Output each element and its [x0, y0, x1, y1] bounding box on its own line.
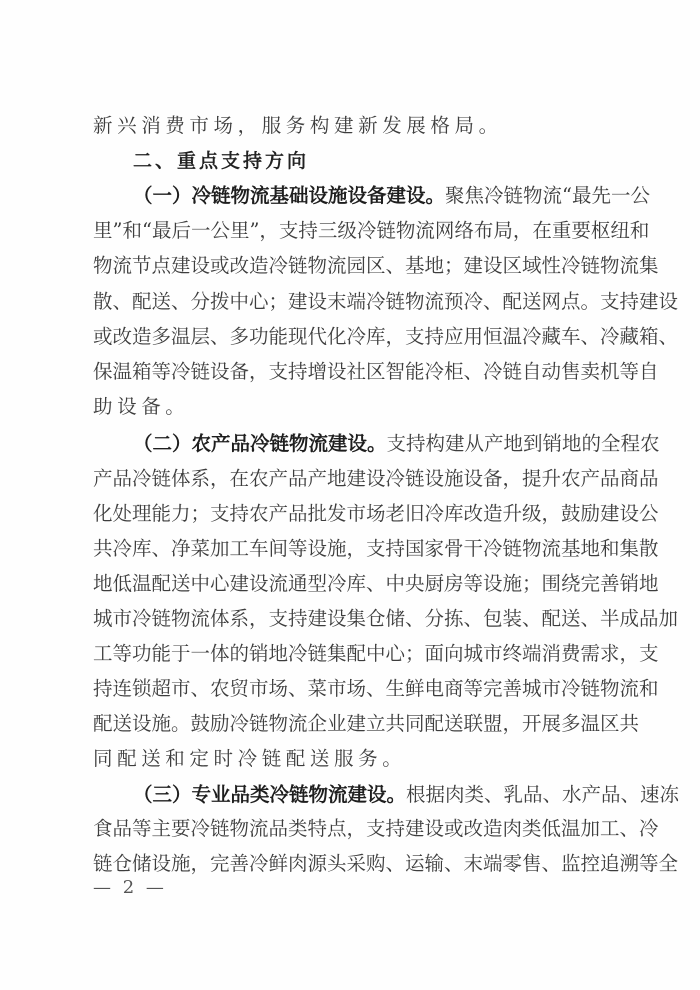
paragraph-text: 聚焦冷链物流“最先一公 [445, 184, 650, 207]
paragraph-line: 链仓储设施，完善冷鲜肉源头采购、运输、末端零售、监控追溯等全 [93, 849, 608, 879]
paragraph-line: 食品等主要冷链物流品类特点，支持建设或改造肉类低温加工、冷 [93, 814, 608, 844]
paragraph-line: （三）专业品类冷链物流建设。根据肉类、乳品、水产品、速冻 [133, 780, 608, 810]
paragraph-line: 持连锁超市、农贸市场、菜市场、生鲜电商等完善城市冷链物流和 [93, 674, 608, 704]
subsection-title: （二）农产品冷链物流建设。 [133, 432, 387, 455]
paragraph-line: 化处理能力；支持农产品批发市场老旧冷库改造升级，鼓励建设公 [93, 499, 608, 529]
section-heading: 二、重点支持方向 [133, 146, 608, 176]
paragraph-line: 保温箱等冷链设备，支持增设社区智能冷柜、冷链自动售卖机等自 [93, 357, 608, 387]
paragraph-line: 里”和“最后一公里”，支持三级冷链物流网络布局，在重要枢纽和 [93, 216, 608, 246]
subsection-title: （一）冷链物流基础设施设备建设。 [133, 184, 445, 207]
paragraph-line: 物流节点建设或改造冷链物流园区、基地；建设区域性冷链物流集 [93, 251, 608, 281]
paragraph-line: （一）冷链物流基础设施设备建设。聚焦冷链物流“最先一公 [133, 181, 608, 211]
paragraph-line: 地低温配送中心建设流通型冷库、中央厨房等设施；围绕完善销地 [93, 569, 608, 599]
paragraph-line: 新兴消费市场，服务构建新发展格局。 [93, 111, 608, 141]
paragraph-line: 工等功能于一体的销地冷链集配中心；面向城市终端消费需求，支 [93, 639, 608, 669]
paragraph-text: 支持构建从产地到销地的全程农 [387, 432, 660, 455]
paragraph-line: （二）农产品冷链物流建设。支持构建从产地到销地的全程农 [133, 429, 608, 459]
paragraph-line: 同配送和定时冷链配送服务。 [93, 744, 608, 774]
paragraph-line: 助设备。 [93, 392, 608, 422]
paragraph-line: 产品冷链体系，在农产品产地建设冷链设施设备，提升农产品商品 [93, 464, 608, 494]
paragraph-line: 配送设施。鼓励冷链物流企业建立共同配送联盟，开展多温区共 [93, 709, 608, 739]
page-number: — 2 — [93, 877, 167, 899]
document-page: 新兴消费市场，服务构建新发展格局。 二、重点支持方向 （一）冷链物流基础设施设备… [0, 0, 700, 990]
paragraph-line: 或改造多温层、多功能现代化冷库，支持应用恒温冷藏车、冷藏箱、 [93, 322, 608, 352]
paragraph-line: 散、配送、分拨中心；建设末端冷链物流预冷、配送网点。支持建设 [93, 287, 608, 317]
paragraph-line: 城市冷链物流体系，支持建设集仓储、分拣、包装、配送、半成品加 [93, 604, 608, 634]
subsection-title: （三）专业品类冷链物流建设。 [133, 783, 406, 806]
paragraph-text: 根据肉类、乳品、水产品、速冻 [406, 783, 679, 806]
paragraph-line: 共冷库、净菜加工车间等设施，支持国家骨干冷链物流基地和集散 [93, 534, 608, 564]
